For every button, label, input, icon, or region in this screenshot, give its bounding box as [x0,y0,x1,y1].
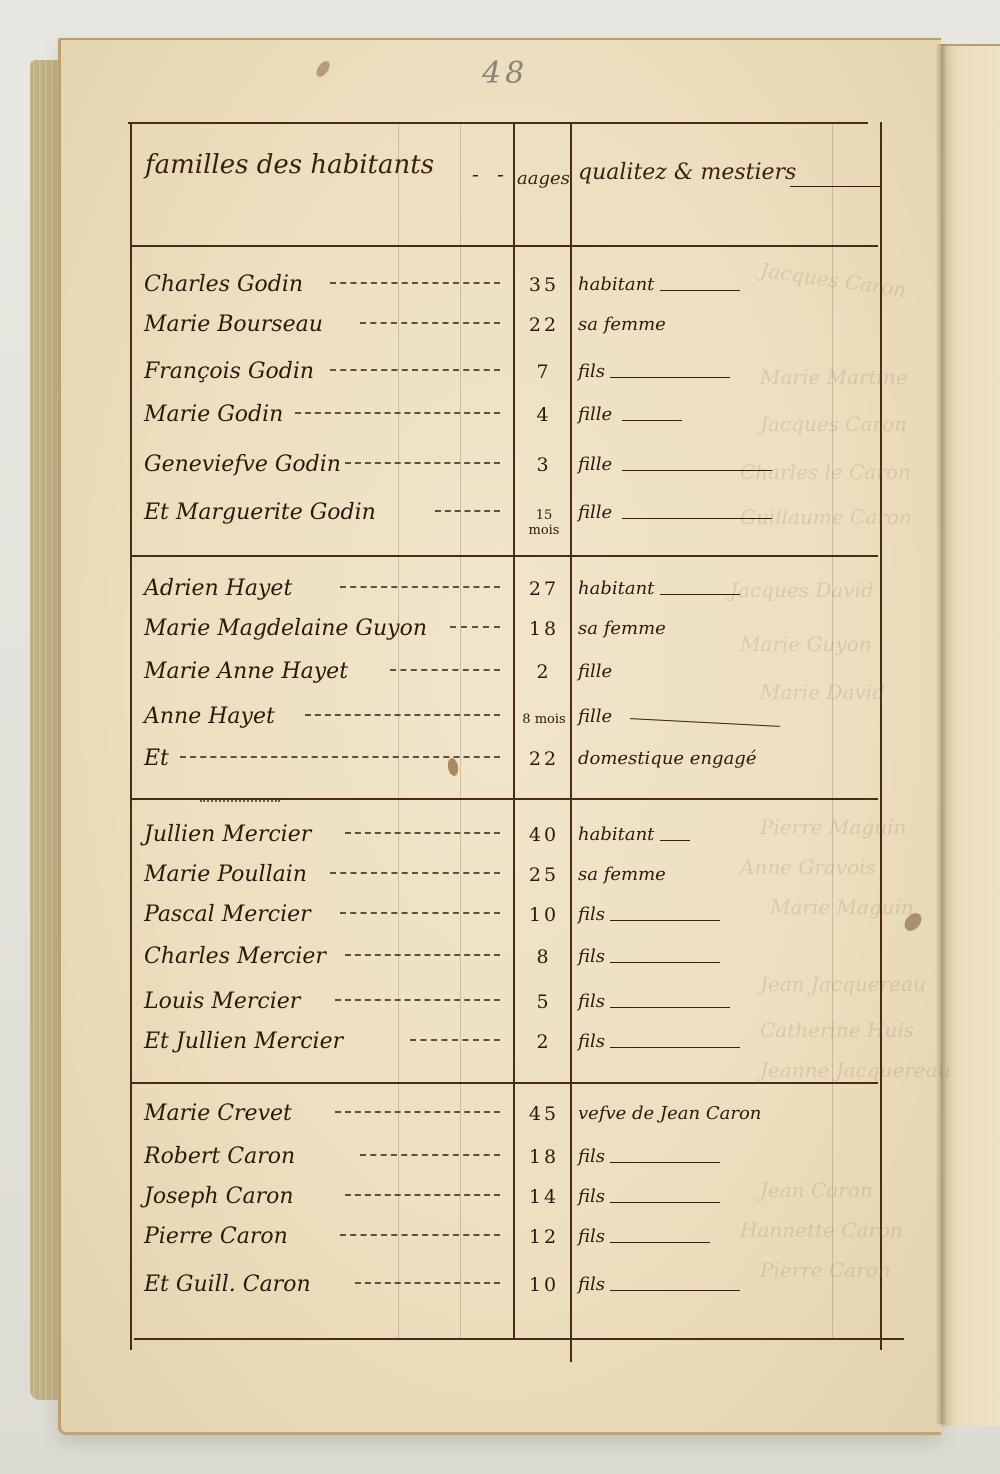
person-name: Et Marguerite Godin [144,500,376,525]
person-age: 14 [520,1186,568,1208]
leader-dashes [410,1039,500,1041]
person-age: 5 [520,991,568,1013]
quality-flourish [610,1242,710,1243]
facing-page [940,44,1000,1426]
header-divider [130,245,878,247]
quality-flourish [660,594,740,595]
person-name: Marie Crevet [144,1101,292,1126]
leader-dashes [435,510,500,512]
header-leader-dots: - - [472,162,510,222]
person-quality: fils [578,1031,605,1052]
leader-dashes [335,999,500,1001]
person-name: Geneviefve Godin [144,452,341,477]
quality-flourish [610,1007,730,1008]
person-name: Joseph Caron [144,1184,294,1209]
person-age: 18 [520,618,568,640]
leader-dashes [360,1154,500,1156]
register-row: François Godin 7 fils [130,355,878,395]
family-divider [130,555,878,557]
person-name: Marie Anne Hayet [144,659,348,684]
header-families: familles des habitants [145,150,434,210]
person-quality: sa femme [578,864,666,885]
person-name: Marie Magdelaine Guyon [144,616,427,641]
person-quality: sa femme [578,314,666,335]
header-ages: aages [517,168,570,228]
leader-dashes [450,626,500,628]
leader-dashes [345,954,500,956]
person-age: 18 [520,1146,568,1168]
person-quality: vefve de Jean Caron [578,1103,761,1124]
register-row: Et Jullien Mercier 2 fils [130,1025,878,1065]
person-age: 45 [520,1103,568,1125]
leader-dashes [295,412,500,414]
quality-flourish [660,290,740,291]
person-age: 22 [520,314,568,336]
person-quality: domestique engagé [578,748,756,769]
person-quality: habitant [578,824,654,845]
register-row: Charles Godin 35 habitant [130,268,878,308]
quality-flourish [660,840,690,841]
quality-flourish [622,420,682,421]
leader-dashes [390,669,500,671]
person-name: Marie Godin [144,402,283,427]
register-row: Pascal Mercier 10 fils [130,898,878,938]
person-age: 2 [520,1031,568,1053]
register-row: Et Marguerite Godin 15 mois fille [130,496,878,536]
person-name: Charles Godin [144,272,303,297]
register-row: Et 22 domestique engagé [130,742,878,782]
leader-dashes [330,282,500,284]
person-age: 3 [520,454,568,476]
person-quality: fils [578,361,605,382]
register-row: Marie Poullain 25 sa femme [130,858,878,898]
person-name: Marie Poullain [144,862,307,887]
person-age: 35 [520,274,568,296]
person-age: 7 [520,361,568,383]
header-flourish [790,186,880,187]
leader-dashes [335,1111,500,1113]
person-quality: fille [578,404,612,425]
register-row: Pierre Caron 12 fils [130,1220,878,1260]
person-name: Charles Mercier [144,944,326,969]
person-age: 4 [520,404,568,426]
person-name: Et Jullien Mercier [144,1029,343,1054]
leader-dashes [355,1282,500,1284]
leader-dashes [180,756,500,758]
person-name: Anne Hayet [144,704,275,729]
quality-flourish [622,470,772,471]
person-age: 15 mois [520,508,568,538]
register-row: Adrien Hayet 27 habitant [130,572,878,612]
person-name: Jullien Mercier [144,822,311,847]
person-quality: fils [578,904,605,925]
person-quality: fils [578,1274,605,1295]
quality-flourish [610,962,720,963]
person-age: 8 mois [520,712,568,727]
leader-dashes [340,586,500,588]
person-name: Et [144,746,169,771]
register-row: Geneviefve Godin 3 fille [130,448,878,488]
book-gutter [936,44,946,1424]
table-bottom-rule [134,1338,904,1340]
person-quality: fils [578,946,605,967]
register-row: Louis Mercier 5 fils [130,985,878,1025]
person-quality: fille [578,661,612,682]
register-row: Charles Mercier 8 fils [130,940,878,980]
quality-flourish [610,920,720,921]
folio-number: 48 [482,56,528,91]
person-quality: fille [578,706,612,727]
register-row: Marie Godin 4 fille [130,398,878,438]
person-age: 8 [520,946,568,968]
register-row: Anne Hayet 8 mois fille [130,700,878,740]
register-row: Marie Magdelaine Guyon 18 sa femme [130,612,878,652]
family-divider [130,1082,878,1084]
person-quality: fille [578,502,612,523]
leader-dashes [345,832,500,834]
person-name: Et Guill. Caron [144,1272,311,1297]
person-name: Robert Caron [144,1144,295,1169]
person-quality: fille [578,454,612,475]
person-age: 27 [520,578,568,600]
quality-flourish [630,718,780,727]
person-name: Pierre Caron [144,1224,288,1249]
person-name: Marie Bourseau [144,312,323,337]
person-name: Adrien Hayet [144,576,292,601]
person-quality: fils [578,991,605,1012]
register-row: Marie Anne Hayet 2 fille [130,655,878,695]
leader-dashes [305,714,500,716]
person-age: 10 [520,1274,568,1296]
register-row: Marie Crevet 45 vefve de Jean Caron [130,1097,878,1137]
leader-dashes [330,872,500,874]
leader-dashes [340,1234,500,1236]
person-name: François Godin [144,359,314,384]
leader-dashes [360,322,500,324]
register-row: Jullien Mercier 40 habitant [130,818,878,858]
leader-dashes [340,912,500,914]
person-quality: fils [578,1146,605,1167]
leader-dashes [345,1194,500,1196]
register-row: Joseph Caron 14 fils [130,1180,878,1220]
quality-flourish [610,1162,720,1163]
register-row: Marie Bourseau 22 sa femme [130,308,878,348]
person-name: Pascal Mercier [144,902,311,927]
quality-flourish [610,1202,720,1203]
person-age: 10 [520,904,568,926]
quality-flourish [622,518,772,519]
person-age: 25 [520,864,568,886]
person-quality: fils [578,1226,605,1247]
header-qualities: qualitez & mestiers [578,160,796,220]
quality-flourish [610,1047,740,1048]
leader-dashes [345,462,500,464]
table-top-rule [128,122,868,124]
register-row: Robert Caron 18 fils [130,1140,878,1180]
person-age: 2 [520,661,568,683]
person-quality: fils [578,1186,605,1207]
register-row: Et Guill. Caron 10 fils [130,1268,878,1308]
person-age: 12 [520,1226,568,1248]
person-age: 40 [520,824,568,846]
leader-dashes [330,369,500,371]
person-name: Louis Mercier [144,989,300,1014]
person-quality: habitant [578,274,654,295]
person-quality: habitant [578,578,654,599]
person-age: 22 [520,748,568,770]
separator-dots [200,800,280,802]
person-quality: sa femme [578,618,666,639]
quality-flourish [610,1290,740,1291]
quality-flourish [610,377,730,378]
